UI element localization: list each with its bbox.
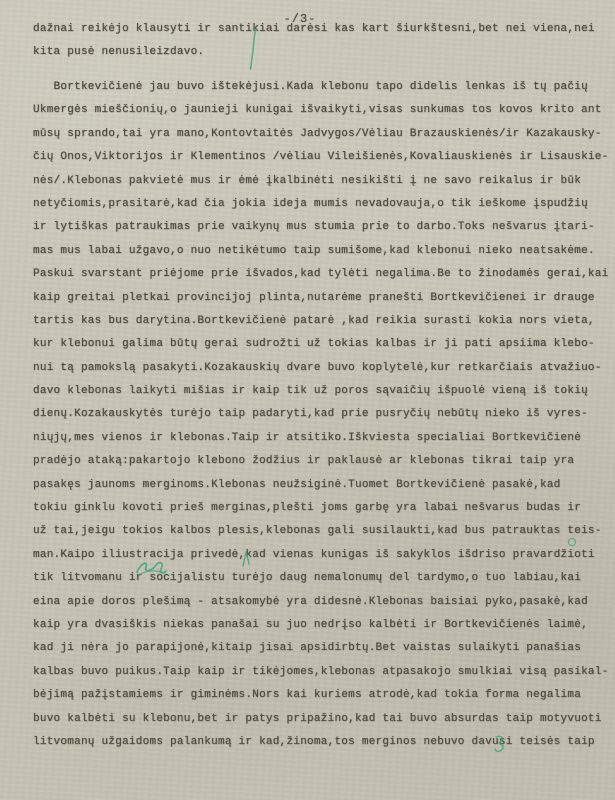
- typewritten-paragraph-2: Bortkevičienė jau buvo ištekėjusi.Kada k…: [33, 76, 609, 754]
- text-line: nui tą pamokslą pasakyti.Kozakauskių dva…: [33, 357, 609, 380]
- text-line: litvomanų užgaidoms palankumą ir kad,žin…: [33, 731, 609, 754]
- text-line: kad ji nėra jo parapijonė,kitaip jisai a…: [33, 637, 609, 660]
- text-line: netyčiomis,prasitarė,kad čia jokia ideja…: [33, 193, 609, 216]
- text-line: kaip yra dvasiškis niekas panašai su juo…: [33, 614, 609, 637]
- text-line: kita pusė nenusileizdavo.: [33, 41, 595, 64]
- text-line: davo klebonas laikyti mišias ir kaip tik…: [33, 380, 609, 403]
- text-line: tartis kas bus darytina.Bortkevičienė pa…: [33, 310, 609, 333]
- text-line: čių Onos,Viktorijos ir Klementinos /vėli…: [33, 146, 609, 169]
- text-line: buvo kalbėti su klebonu,bet ir patys pri…: [33, 708, 609, 731]
- text-line: mūsų sprando,tai yra mano,Kontovtaitės J…: [33, 123, 609, 146]
- text-line: dažnai reikėjo klausyti ir santikiai dar…: [33, 18, 595, 41]
- text-line: niųjų,mes vienos ir klebonas.Taip ir ats…: [33, 427, 609, 450]
- text-line: tik litvomanu ir socijalistu turėjo daug…: [33, 567, 609, 590]
- text-line: mas mus labai užgavo,o nuo netikėtumo ta…: [33, 240, 609, 263]
- text-line: kur klebonui galima būtų gerai sudrožti …: [33, 333, 609, 356]
- text-line: pradėjo ataką:pakartojo klebono žodžius …: [33, 450, 609, 473]
- text-line: nės/.Klebonas pakvietė mus ir ėmė įkalbi…: [33, 170, 609, 193]
- text-line: dienų.Kozakauskytės turėjo taip padaryti…: [33, 403, 609, 426]
- text-line: kalbas buvo puikus.Taip kaip ir tikėjome…: [33, 661, 609, 684]
- text-line: kaip greitai pletkai provincijoj plinta,…: [33, 287, 609, 310]
- text-line: Bortkevičienė jau buvo ištekėjusi.Kada k…: [33, 76, 609, 99]
- text-line: bėjimą pažįstamiems ir giminėms.Nors kai…: [33, 684, 609, 707]
- text-line: Ukmergės mieščionių,o jaunieji kunigai i…: [33, 99, 609, 122]
- text-line: ir lytiškas patraukimas prie vaikynų mus…: [33, 216, 609, 239]
- text-line: Paskui svarstant priėjome prie išvados,k…: [33, 263, 609, 286]
- typewritten-paragraph-1: dažnai reikėjo klausyti ir santikiai dar…: [33, 18, 595, 65]
- text-line: pasakęs jaunoms merginoms.Klebonas neužs…: [33, 474, 609, 497]
- text-line: už tai,jeigu tokios kalbos plesis,klebon…: [33, 520, 609, 543]
- text-line: eina apie doros plešimą - atsakomybė yra…: [33, 591, 609, 614]
- text-line: tokiu ginklu kovoti prieš merginas,plešt…: [33, 497, 609, 520]
- text-line: man.Kaipo iliustracija privedė,kad viena…: [33, 544, 609, 567]
